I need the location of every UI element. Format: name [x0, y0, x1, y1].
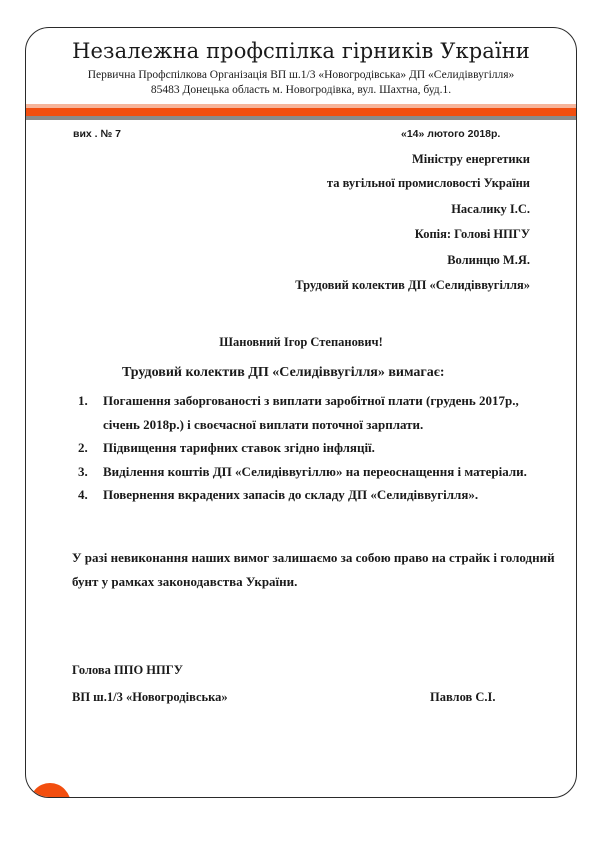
demand-number: 1.	[78, 389, 88, 413]
signatory-name: Павлов С.І.	[430, 690, 496, 705]
addressee-line: Насалику І.С.	[451, 202, 530, 217]
signatory-title: Голова ППО НПГУ	[72, 663, 183, 678]
letter-date: «14» лютого 2018р.	[401, 128, 500, 140]
addressee-line: Волинцю М.Я.	[447, 253, 530, 268]
demand-item: 1. Погашення заборгованості з виплати за…	[78, 389, 548, 436]
stripe-main	[26, 108, 576, 116]
warning-paragraph: У разі невиконання наших вимог залишаємо…	[72, 546, 562, 594]
stripe-gray	[26, 116, 576, 120]
addressee-line: Трудовий колектив ДП «Селидіввугілля»	[295, 278, 530, 293]
letterhead-stripes	[26, 104, 576, 121]
demand-item: 2. Підвищення тарифних ставок згідно інф…	[78, 436, 548, 460]
demands-list: 1. Погашення заборгованості з виплати за…	[78, 389, 548, 507]
demand-number: 4.	[78, 483, 88, 507]
demand-text: Підвищення тарифних ставок згідно інфляц…	[103, 440, 375, 455]
demand-item: 3. Виділення коштів ДП «Селидіввугіллю» …	[78, 460, 548, 484]
addressee-line: та вугільної промисловості України	[327, 176, 530, 191]
addressee-line: Копія: Голові НПГУ	[415, 227, 530, 242]
demand-item: 4. Повернення вкрадених запасів до склад…	[78, 483, 548, 507]
addressee-line: Міністру енергетики	[412, 152, 530, 167]
reference-number: вих . № 7	[73, 128, 121, 140]
demand-text: Повернення вкрадених запасів до складу Д…	[103, 487, 478, 502]
demand-text: Виділення коштів ДП «Селидіввугіллю» на …	[103, 464, 527, 479]
demands-intro: Трудовий колектив ДП «Селидіввугілля» ви…	[122, 365, 445, 381]
decorative-circle-icon	[29, 783, 71, 798]
greeting: Шановний Ігор Степанович!	[26, 335, 576, 350]
signatory-organization: ВП ш.1/3 «Новогродівська»	[72, 690, 228, 705]
letter-frame: Незалежна профспілка гірників України Пе…	[25, 27, 577, 798]
letterhead-title: Незалежна профспілка гірників України	[26, 39, 576, 63]
demand-text: Погашення заборгованості з виплати зароб…	[103, 393, 519, 432]
demand-number: 2.	[78, 436, 88, 460]
demand-number: 3.	[78, 460, 88, 484]
letterhead-organization: Первична Профспілкова Організація ВП ш.1…	[26, 69, 576, 81]
letterhead-address: 85483 Донецька область м. Новогродівка, …	[26, 84, 576, 96]
